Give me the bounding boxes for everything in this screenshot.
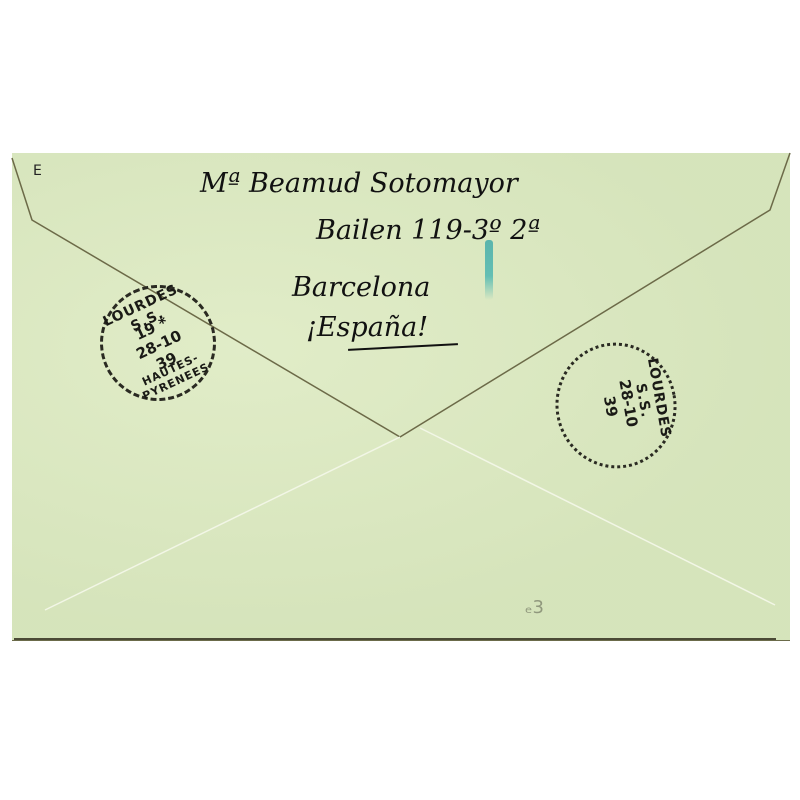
corner-pencil-mark: E xyxy=(33,163,42,179)
envelope-flap-folds xyxy=(0,0,800,800)
faint-pencil-mark: ₑ3 xyxy=(525,597,544,618)
blue-crayon-mark xyxy=(485,240,493,300)
sender-city: Barcelona xyxy=(292,272,430,303)
sender-country: ¡España! xyxy=(306,312,428,343)
postmark-year: 39 xyxy=(600,395,621,419)
sender-name: Mª Beamud Sotomayor xyxy=(200,168,518,199)
sender-street: Bailen 119-3º 2ª xyxy=(316,215,540,246)
